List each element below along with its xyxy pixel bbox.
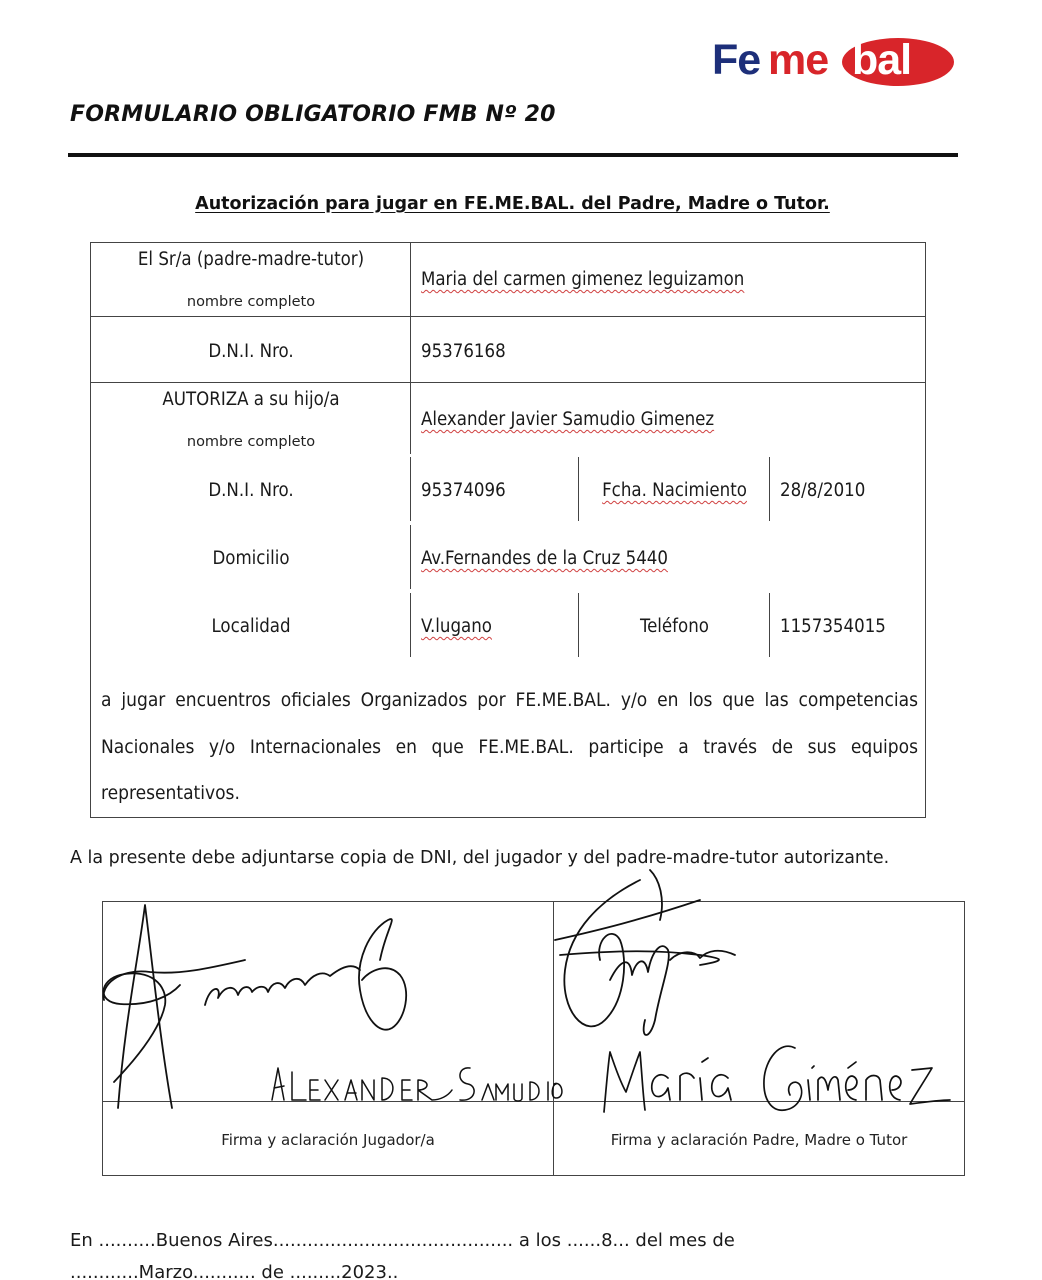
row-divider [91, 316, 925, 317]
guardian-name-value: Maria del carmen gimenez leguizamon [421, 269, 744, 290]
place-date-line-1: En ..........Buenos Aires...............… [70, 1230, 735, 1251]
femebal-logo: Fe me bal [712, 34, 957, 94]
logo-text-fe: Fe [712, 36, 760, 85]
document-subtitle: Autorización para jugar en FE.ME.BAL. de… [0, 194, 1025, 214]
signature-line [103, 1101, 964, 1102]
phone-label: Teléfono [579, 616, 770, 637]
birthdate-label-text: Fcha. Nacimiento [602, 480, 747, 501]
child-name-value: Alexander Javier Samudio Gimenez [421, 409, 714, 430]
phone-field[interactable]: 1157354015 [780, 616, 886, 637]
birthdate-field[interactable]: 28/8/2010 [780, 480, 865, 501]
logo-text-bal: bal [852, 36, 911, 85]
guardian-name-field[interactable]: Maria del carmen gimenez leguizamon [421, 269, 744, 290]
guardian-label: El Sr/a (padre-madre-tutor) [91, 249, 411, 270]
authorization-text-cell: a jugar encuentros oficiales Organizados… [91, 657, 925, 817]
child-sublabel: nombre completo [91, 434, 411, 450]
child-dni-label: D.N.I. Nro. [91, 480, 411, 501]
player-signature-caption: Firma y aclaración Jugador/a [103, 1131, 553, 1149]
attachment-note: A la presente debe adjuntarse copia de D… [70, 848, 889, 868]
guardian-signature-caption: Firma y aclaración Padre, Madre o Tutor [554, 1131, 964, 1149]
guardian-dni-field[interactable]: 95376168 [421, 341, 506, 362]
locality-value: V.lugano [421, 616, 492, 637]
address-label: Domicilio [91, 548, 411, 569]
guardian-sublabel: nombre completo [91, 294, 411, 310]
authorization-text: a jugar encuentros oficiales Organizados… [101, 677, 918, 817]
child-name-field[interactable]: Alexander Javier Samudio Gimenez [421, 409, 714, 430]
row-divider [91, 382, 925, 383]
title-divider [68, 153, 958, 157]
locality-field[interactable]: V.lugano [421, 616, 492, 637]
birthdate-label: Fcha. Nacimiento [579, 480, 770, 501]
form-title: FORMULARIO OBLIGATORIO FMB Nº 20 [70, 102, 556, 127]
signature-box: Firma y aclaración Jugador/a Firma y acl… [102, 901, 965, 1176]
authorization-table: El Sr/a (padre-madre-tutor) nombre compl… [90, 242, 926, 818]
locality-label: Localidad [91, 616, 411, 637]
address-value: Av.Fernandes de la Cruz 5440 [421, 548, 668, 569]
guardian-dni-label: D.N.I. Nro. [91, 341, 411, 362]
child-dni-field[interactable]: 95374096 [421, 480, 506, 501]
child-label: AUTORIZA a su hijo/a [91, 389, 411, 410]
logo-text-me: me [768, 36, 828, 85]
place-date-line-2: ............Marzo........... de ........… [70, 1262, 398, 1280]
address-field[interactable]: Av.Fernandes de la Cruz 5440 [421, 548, 668, 569]
